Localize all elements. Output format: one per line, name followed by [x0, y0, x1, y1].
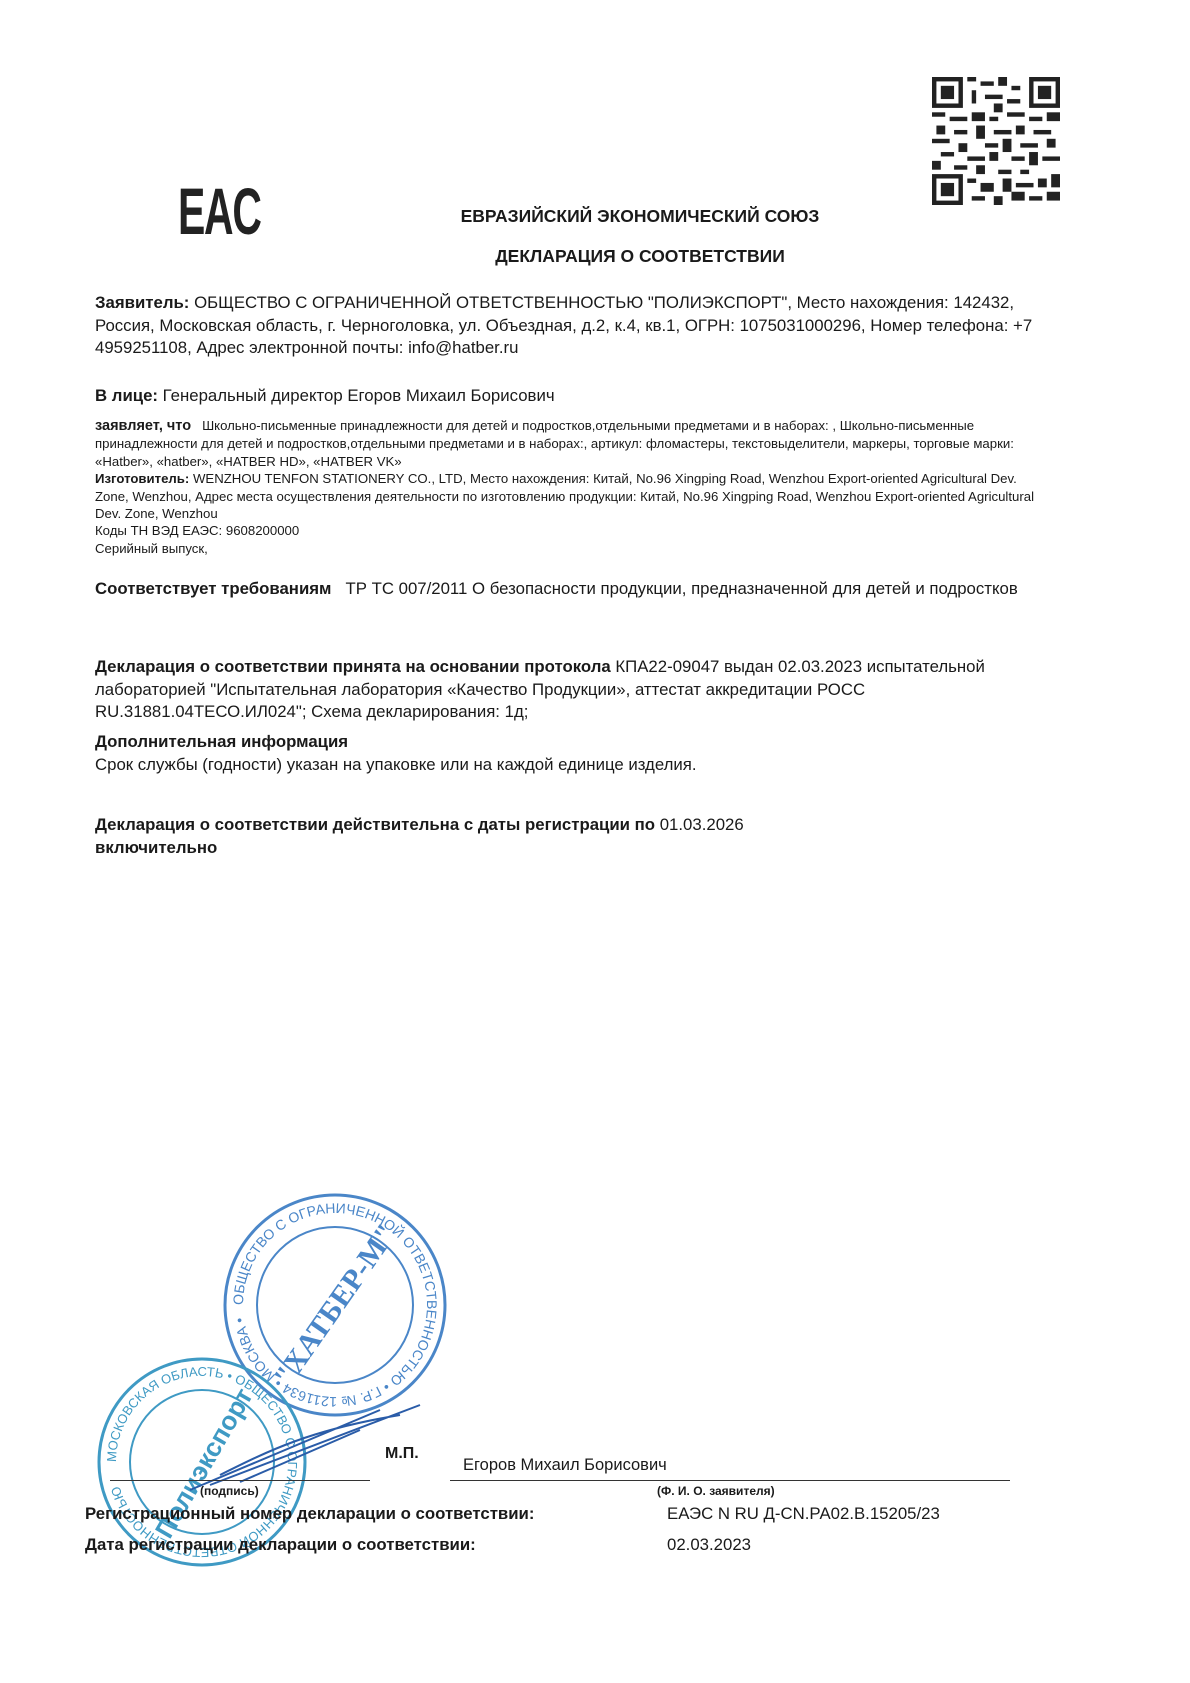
applicant-label: Заявитель: — [95, 293, 189, 312]
conformity-section: Соответствует требованиям ТР ТС 007/2011… — [95, 578, 1055, 601]
additional-text: Срок службы (годности) указан на упаковк… — [95, 755, 697, 774]
name-caption: (Ф. И. О. заявителя) — [657, 1484, 775, 1498]
basis-label: Декларация о соответствии принята на осн… — [95, 657, 611, 676]
conformity-text: ТР ТС 007/2011 О безопасности продукции,… — [345, 579, 1017, 598]
basis-section: Декларация о соответствии принята на осн… — [95, 656, 1055, 724]
manufacturer-text: WENZHOU TENFON STATIONERY CO., LTD, Мест… — [95, 471, 1034, 521]
applicant-section: Заявитель: ОБЩЕСТВО С ОГРАНИЧЕННОЙ ОТВЕТ… — [95, 292, 1055, 360]
registration-number: ЕАЭС N RU Д-CN.РА02.В.15205/23 — [667, 1504, 940, 1524]
signature-line — [110, 1480, 370, 1481]
applicant-text: ОБЩЕСТВО С ОГРАНИЧЕННОЙ ОТВЕТСТВЕННОСТЬЮ… — [95, 293, 1032, 357]
representative-section: В лице: Генеральный директор Егоров Миха… — [95, 385, 1055, 408]
document-title: ДЕКЛАРАЦИЯ О СООТВЕТСТВИИ — [0, 246, 1190, 267]
registration-date: 02.03.2023 — [667, 1535, 751, 1555]
declares-label: заявляет, что — [95, 418, 191, 434]
validity-section: Декларация о соответствии действительна … — [95, 814, 895, 859]
additional-section: Дополнительная информация Срок службы (г… — [95, 731, 1055, 776]
declares-section: заявляет, что Школьно-письменные принадл… — [95, 417, 1040, 557]
signature-caption: (подпись) — [200, 1484, 259, 1498]
registration-date-label: Дата регистрации декларации о соответств… — [85, 1535, 476, 1555]
declares-text: Школьно-письменные принадлежности для де… — [95, 418, 1014, 469]
qr-code-icon — [932, 77, 1060, 205]
representative-text: Генеральный директор Егоров Михаил Борис… — [163, 386, 555, 405]
validity-date: 01.03.2026 — [660, 815, 744, 834]
representative-label: В лице: — [95, 386, 158, 405]
validity-label: Декларация о соответствии действительна … — [95, 815, 655, 834]
tn-ved-codes: Коды ТН ВЭД ЕАЭС: 9608200000 — [95, 523, 299, 538]
registration-number-label: Регистрационный номер декларации о соотв… — [85, 1504, 534, 1524]
name-line — [450, 1480, 1010, 1481]
union-heading: ЕВРАЗИЙСКИЙ ЭКОНОМИЧЕСКИЙ СОЮЗ — [0, 206, 1190, 227]
validity-suffix: включительно — [95, 838, 217, 857]
manufacturer-label: Изготовитель: — [95, 471, 189, 486]
serial-production: Серийный выпуск, — [95, 541, 208, 556]
seal-place-label: М.П. — [385, 1445, 419, 1463]
additional-label: Дополнительная информация — [95, 732, 348, 751]
conformity-label: Соответствует требованиям — [95, 579, 331, 598]
signatory-name: Егоров Михаил Борисович — [463, 1456, 667, 1475]
